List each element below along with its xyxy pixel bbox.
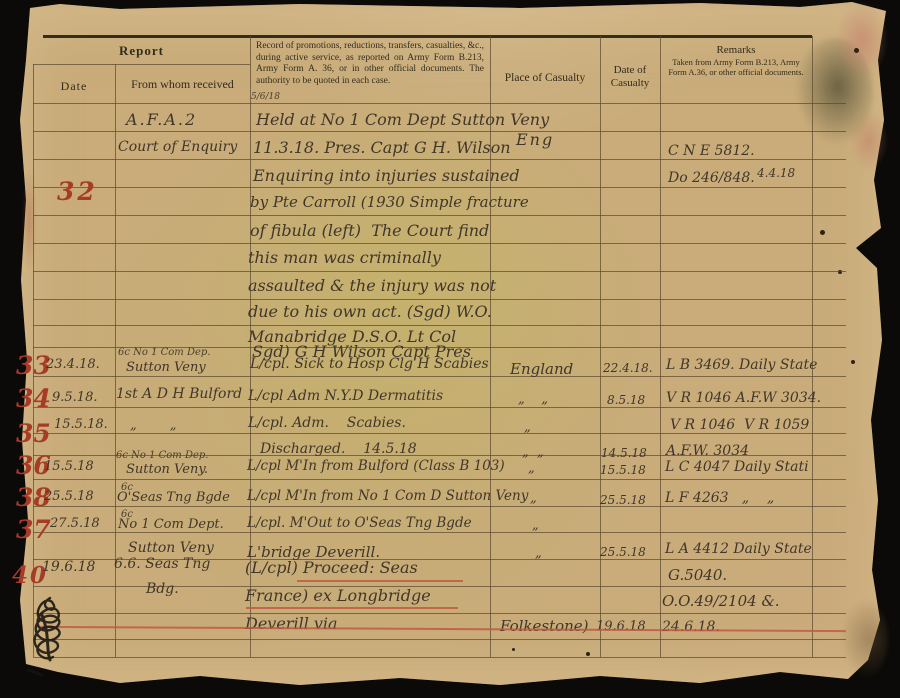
row15-5-remarks: V R 1046 V R 1059: [670, 417, 809, 433]
date-column-header: Date: [33, 79, 115, 94]
row15-5-record: L/cpl. Adm. Scabies.: [248, 415, 406, 431]
row36-record: L/cpl M'In from Bulford (Class B 103): [247, 458, 505, 474]
rule-line: [33, 407, 846, 408]
entry32-remark1: C N E 5812.: [668, 143, 755, 159]
rule-line: [33, 657, 846, 658]
row33-from-small: 6c No 1 Com Dep.: [118, 347, 210, 358]
row15-5-date: 15.5.18.: [54, 417, 108, 432]
row27-5-place: „: [532, 518, 539, 533]
from-whom-column-header: From whom received: [115, 77, 250, 92]
red-underline: [246, 607, 458, 609]
red-underline: [297, 580, 463, 582]
margin-number-32: 32: [57, 177, 98, 206]
rule-line: [33, 325, 846, 326]
record-column-header: Record of promotions, reductions, transf…: [256, 41, 484, 87]
row34-date: 9.5.18.: [52, 390, 97, 405]
rule-line: [33, 187, 846, 188]
row27-5-from: No 1 Com Dept.: [118, 517, 224, 532]
row36-from-small: 6c No 1 Com Dep.: [116, 450, 208, 461]
row37-remarks: L A 4412 Daily State: [665, 541, 812, 557]
remarks-column-subheader: Taken from Army Form B.213, Army Form A.…: [666, 57, 806, 77]
column-line: [812, 36, 813, 657]
row27-5-record: L/cpl. M'Out to O'Seas Tng Bgde: [247, 515, 472, 531]
row35-remarks: A.F.W. 3034: [666, 443, 749, 459]
entry32-from-line2: Court of Enquiry: [118, 139, 237, 155]
place-column-header: Place of Casualty: [490, 72, 600, 84]
row40-remarks-line2: O.O.49/2104 &.: [662, 592, 780, 610]
row33-casualty-date: 22.4.18.: [603, 361, 653, 375]
row40-remarks-line3: 24.6.18.: [662, 619, 720, 635]
rule-line: [33, 103, 846, 104]
rule-line: [33, 532, 846, 533]
row40-place: Folkestone): [500, 617, 589, 635]
row34-casualty-date: 8.5.18: [607, 393, 645, 407]
entry32-record-line8: due to his own act. (Sgd) W.O.: [248, 302, 492, 321]
row34-place: „ „: [518, 392, 548, 407]
rule-line: [33, 243, 846, 244]
row33-date: 23.4.18.: [46, 357, 100, 372]
scanned-page: Report Date From whom received Record of…: [0, 0, 900, 698]
ink-speck: [586, 652, 590, 656]
row37-from: Sutton Veny: [128, 540, 214, 556]
rule-line: [33, 376, 846, 377]
rule-line: [33, 215, 846, 216]
remarks-column-header: Remarks: [662, 44, 810, 56]
row35-place: „ „: [522, 445, 544, 460]
row34-remarks: V R 1046 A.F.W 3034.: [666, 390, 821, 406]
row38-from: O'Seas Tng Bgde: [117, 490, 230, 505]
entry32-record-line7: assaulted & the injury was not: [248, 276, 496, 295]
row40-record-line1: (L/cpl) Proceed: Seas: [245, 558, 418, 577]
row37-casualty-date: 25.5.18: [600, 545, 646, 559]
entry32-place: Eng: [516, 130, 554, 149]
row38-casualty-date: 25.5.18: [600, 493, 646, 507]
row38-date: 25.5.18: [44, 489, 94, 504]
row37-place: „: [535, 546, 542, 561]
rule-line: [33, 159, 846, 160]
row40-date: 19.6.18: [42, 559, 95, 575]
rule-line: [33, 64, 250, 65]
row27-5-date: 27.5.18: [50, 516, 100, 531]
row33-record: L/cpl. Sick to Hosp Clg H Scabies: [250, 356, 489, 372]
rule-line: [33, 271, 846, 272]
rule-line: [33, 613, 846, 614]
row40-from-line1: 6.6. Seas Tng: [114, 556, 210, 572]
row33-from: Sutton Veny: [126, 360, 206, 375]
entry32-from-line1: A.F.A.2: [126, 110, 197, 129]
rule-line: [33, 506, 846, 507]
row34-from: 1st A D H Bulford: [116, 386, 242, 402]
row15-5-from: „ „: [130, 418, 177, 433]
entry32-record-line5: of fibula (left) The Court find: [250, 221, 489, 240]
margin-number-34: 34: [16, 384, 51, 413]
rule-line: [33, 479, 846, 480]
entry32-remark2: Do 246/848.: [668, 170, 755, 186]
entry32-record-line2: 11.3.18. Pres. Capt G H. Wilson: [253, 138, 511, 157]
ink-speck: [820, 230, 825, 235]
row40-record-line2: France) ex Longbridge: [245, 586, 431, 605]
ink-speck: [512, 648, 515, 651]
ink-speck: [854, 48, 859, 53]
row40-remarks-line1: G.5040.: [668, 566, 727, 584]
row15-5-place: „: [524, 420, 531, 435]
entry32-record-line3: Enquiring into injuries sustained: [253, 166, 520, 185]
row35-record: Discharged. 14.5.18: [260, 441, 417, 457]
row34-record: L/cpl Adm N.Y.D Dermatitis: [248, 388, 443, 404]
rule-line: [33, 639, 846, 640]
ink-scribble: [20, 590, 90, 680]
row38-remarks: L F 4263 „ „: [665, 490, 774, 506]
row38-record: L/cpl M'In from No 1 Com D Sutton Veny: [247, 488, 528, 504]
entry32-remark3: 4.4.18: [757, 166, 795, 180]
row40-casualty-date: 19.6.18: [596, 619, 646, 634]
margin-number-35: 35: [16, 419, 51, 448]
margin-number-37: 37: [16, 515, 51, 544]
casualty-date-column-header: Date of Casualty: [602, 64, 658, 90]
row36-casualty-date: 15.5.18: [600, 463, 646, 477]
rule-line: [33, 299, 846, 300]
ink-speck: [851, 360, 855, 364]
entry32-record-line1: Held at No 1 Com Dept Sutton Veny: [256, 110, 549, 129]
row40-from-line2: Bdg.: [146, 581, 179, 597]
table-top-border: [43, 35, 812, 38]
rule-line: [33, 131, 846, 132]
row36-from: Sutton Veny.: [126, 462, 208, 477]
row38-place: „: [530, 491, 537, 506]
column-line: [600, 36, 601, 657]
entry32-filed-date: 5/6/18: [251, 92, 280, 102]
report-header: Report: [33, 43, 250, 59]
entry32-record-line6: this man was criminally: [248, 248, 441, 267]
rule-line: [33, 433, 846, 434]
row40-record-line3: Deverill via: [245, 614, 338, 633]
row35-casualty-date: 14.5.18: [601, 446, 647, 460]
column-line: [660, 36, 661, 657]
column-line: [490, 36, 491, 657]
row33-place: England: [510, 360, 573, 378]
row33-remarks: L B 3469. Daily State: [666, 357, 817, 373]
row36-place: „: [528, 461, 535, 476]
entry32-record-line4: by Pte Carroll (1930 Simple fracture: [250, 193, 529, 211]
row36-remarks: L C 4047 Daily Stati: [665, 459, 809, 475]
row36-date: 15.5.18: [44, 459, 94, 474]
